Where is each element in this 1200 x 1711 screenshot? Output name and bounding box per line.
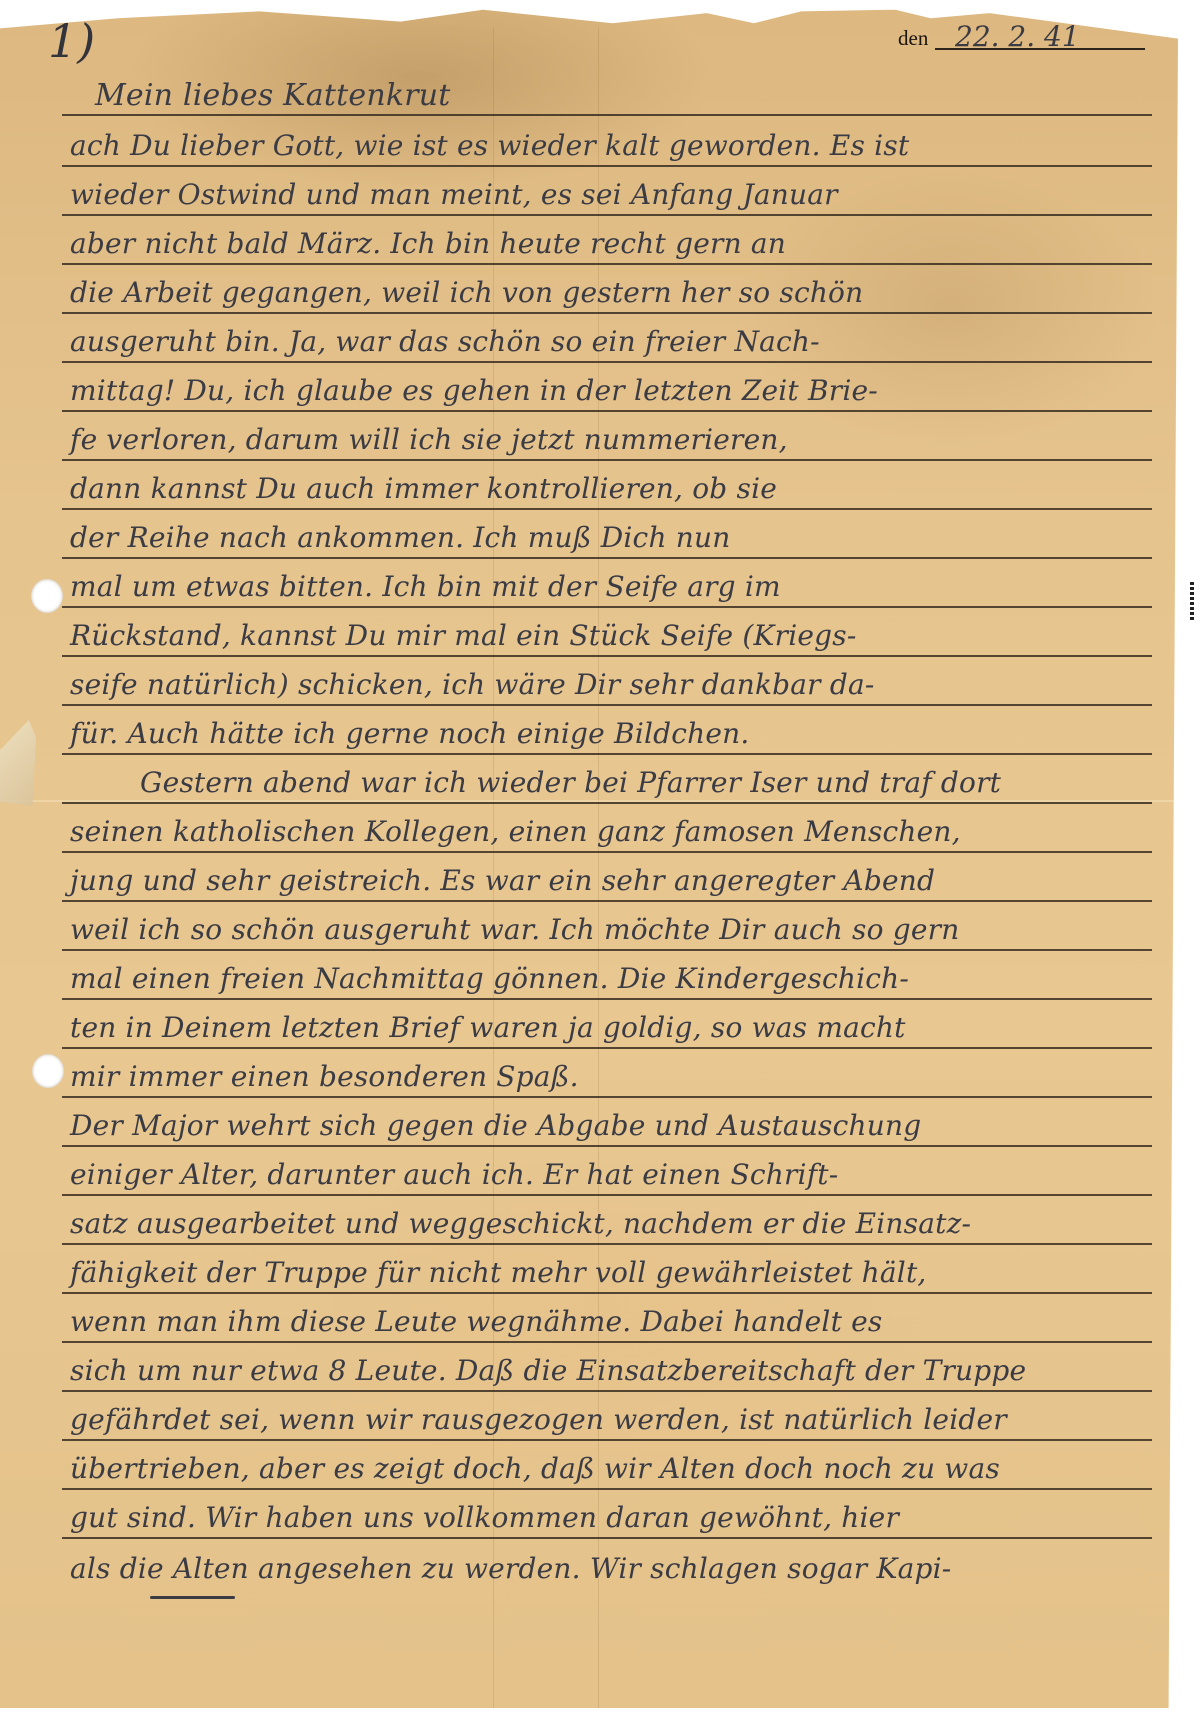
handwritten-line: aber nicht bald März. Ich bin heute rech… [70, 227, 786, 260]
ruled-line [62, 114, 1152, 116]
ruled-line [62, 214, 1152, 216]
ruled-line [62, 410, 1152, 412]
ruled-line [62, 361, 1152, 363]
handwritten-line: ten in Deinem letzten Brief waren ja gol… [70, 1011, 906, 1044]
ruled-line [62, 851, 1152, 853]
ruled-line [62, 1194, 1152, 1196]
salutation: Mein liebes Kattenkrut [95, 78, 451, 113]
ruled-line [62, 998, 1152, 1000]
handwritten-line: übertrieben, aber es zeigt doch, daß wir… [70, 1452, 1000, 1485]
handwritten-line: seife natürlich) schicken, ich wäre Dir … [70, 668, 875, 701]
handwritten-line: fe verloren, darum will ich sie jetzt nu… [70, 423, 788, 456]
ruled-line [62, 557, 1152, 559]
handwritten-line: mal einen freien Nachmittag gönnen. Die … [70, 962, 909, 995]
punch-hole-top [31, 579, 63, 613]
ruled-line [62, 1243, 1152, 1245]
handwritten-line: sich um nur etwa 8 Leute. Daß die Einsat… [70, 1354, 1026, 1387]
date-rule-line [935, 48, 1145, 50]
ruled-line [62, 1439, 1152, 1441]
ruled-line [62, 1292, 1152, 1294]
handwritten-line: Rückstand, kannst Du mir mal ein Stück S… [70, 619, 856, 652]
handwritten-line: ach Du lieber Gott, wie ist es wieder ka… [70, 129, 909, 162]
ruled-line [62, 508, 1152, 510]
handwritten-line: satz ausgearbeitet und weggeschickt, nac… [70, 1207, 971, 1240]
ruled-line [62, 1488, 1152, 1490]
handwritten-line: Der Major wehrt sich gegen die Abgabe un… [70, 1109, 921, 1142]
handwritten-line: mittag! Du, ich glaube es gehen in der l… [70, 374, 878, 407]
ruled-line [62, 1145, 1152, 1147]
handwritten-line: als die Alten angesehen zu werden. Wir s… [70, 1552, 951, 1585]
ruled-line [62, 1537, 1152, 1539]
handwritten-line: einiger Alter, darunter auch ich. Er hat… [70, 1158, 838, 1191]
handwritten-line: der Reihe nach ankommen. Ich muß Dich nu… [70, 521, 730, 554]
underline-emphasis [150, 1596, 235, 1599]
handwritten-line: für. Auch hätte ich gerne noch einige Bi… [70, 717, 749, 750]
handwritten-line: Gestern abend war ich wieder bei Pfarrer… [140, 766, 1001, 799]
ruled-line [62, 312, 1152, 314]
ruled-line [62, 606, 1152, 608]
handwritten-line: gut sind. Wir haben uns vollkommen daran… [70, 1501, 899, 1534]
date-label: den [898, 26, 928, 51]
handwritten-line: mir immer einen besonderen Spaß. [70, 1060, 579, 1093]
edge-stamp-mark [1190, 582, 1194, 622]
ruled-line [62, 1047, 1152, 1049]
ruled-line [62, 753, 1152, 755]
handwritten-line: fähigkeit der Truppe für nicht mehr voll… [70, 1256, 927, 1289]
handwritten-line: jung und sehr geistreich. Es war ein seh… [70, 864, 935, 897]
ruled-line [62, 459, 1152, 461]
ruled-line [62, 704, 1152, 706]
handwritten-line: wieder Ostwind und man meint, es sei Anf… [70, 178, 838, 211]
ruled-line [62, 802, 1152, 804]
ruled-line [62, 949, 1152, 951]
handwritten-line: dann kannst Du auch immer kontrollieren,… [70, 472, 777, 505]
ruled-line [62, 1341, 1152, 1343]
handwritten-line: seinen katholischen Kollegen, einen ganz… [70, 815, 961, 848]
handwritten-line: gefährdet sei, wenn wir rausgezogen werd… [70, 1403, 1007, 1436]
page-number: 1) [48, 14, 95, 68]
handwritten-line: die Arbeit gegangen, weil ich von gester… [70, 276, 863, 309]
handwritten-line: mal um etwas bitten. Ich bin mit der Sei… [70, 570, 781, 603]
ruled-line [62, 1096, 1152, 1098]
handwritten-line: ausgeruht bin. Ja, war das schön so ein … [70, 325, 820, 358]
punch-hole-bottom [32, 1054, 64, 1088]
handwritten-line: weil ich so schön ausgeruht war. Ich möc… [70, 913, 959, 946]
ruled-line [62, 1390, 1152, 1392]
ruled-line [62, 165, 1152, 167]
ruled-line [62, 263, 1152, 265]
handwritten-line: wenn man ihm diese Leute wegnähme. Dabei… [70, 1305, 882, 1338]
ruled-line [62, 900, 1152, 902]
ruled-line [62, 655, 1152, 657]
